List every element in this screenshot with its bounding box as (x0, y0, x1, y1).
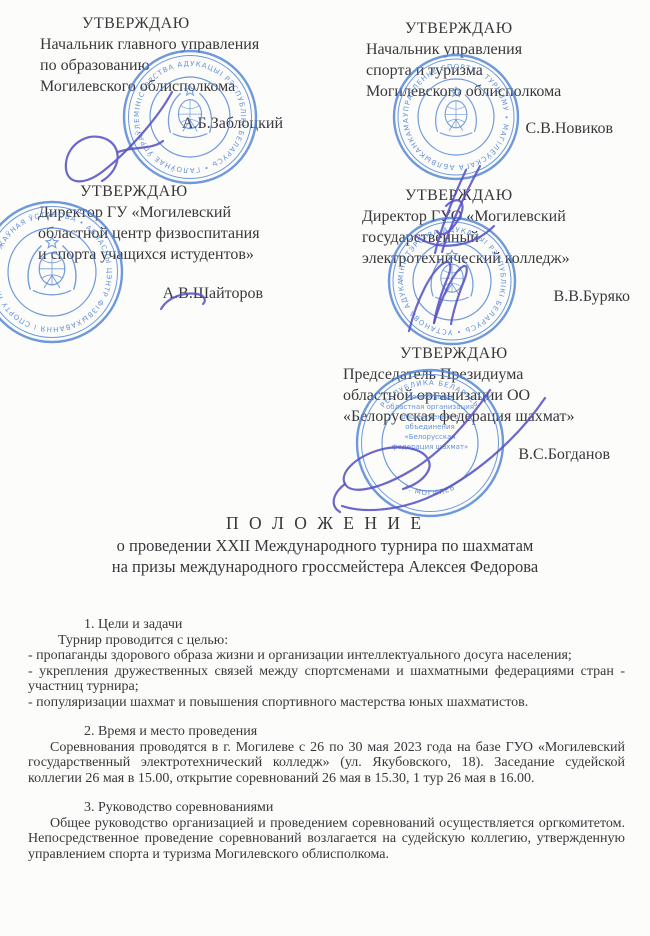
section-1-bullet: - пропаганды здорового образа жизни и ор… (28, 648, 625, 664)
section-1-bullet: - популяризации шахмат и повышения спорт… (28, 695, 625, 711)
section-heading-1: 1. Цели и задачи (28, 617, 625, 633)
section-heading-3: 3. Руководство соревнованиями (28, 800, 625, 816)
section-3-paragraph: Общее руководство организацией и проведе… (28, 816, 625, 863)
signer-name: В.В.Буряко (362, 286, 632, 307)
approval-heading: УТВЕРЖДАЮ (405, 18, 616, 39)
approval-line: Могилевского облисполкома (40, 76, 285, 97)
approval-line: Начальник управления (366, 39, 616, 60)
approval-block-sport-tourism: УТВЕРЖДАЮ Начальник управления спорта и … (366, 18, 616, 139)
signer-name: А.Б.Заблоцкий (40, 113, 285, 134)
approval-heading: УТВЕРЖДАЮ (82, 13, 285, 34)
approval-line: и спорта учащихся истудентов» (38, 244, 308, 265)
approval-line: областной организации ОО (343, 385, 623, 406)
approval-line: спорта и туризма (366, 60, 616, 81)
section-1-intro: Турнир проводится с целью: (28, 633, 625, 649)
approval-block-chess-federation: УТВЕРЖДАЮ Председатель Президиума област… (343, 343, 623, 465)
approval-line: Директор ГУ «Могилевский (38, 202, 308, 223)
approval-line: Могилевского облисполкома (366, 81, 616, 102)
title-block: П О Л О Ж Е Н И Е о проведении XXII Межд… (0, 511, 650, 577)
page-subtitle-2: на призы международного гроссмейстера Ал… (0, 556, 650, 577)
signer-name: А.В.Шайторов (38, 283, 308, 304)
svg-text:г. МОГИЛЕВ: г. МОГИЛЕВ (403, 483, 456, 497)
page-subtitle-1: о проведении XXII Международного турнира… (0, 535, 650, 556)
approval-line: электротехнический колледж» (362, 248, 632, 269)
signer-name: С.В.Новиков (366, 118, 616, 139)
page-title: П О Л О Ж Е Н И Е (0, 511, 650, 535)
approval-block-phys-center: УТВЕРЖДАЮ Директор ГУ «Могилевский облас… (38, 181, 308, 304)
approval-line: «Белорусская федерация шахмат» (343, 406, 623, 427)
approval-line: государственный (362, 227, 632, 248)
approval-heading: УТВЕРЖДАЮ (405, 185, 632, 206)
section-2-paragraph: Соревнования проводятся в г. Могилеве с … (28, 740, 625, 787)
approval-heading: УТВЕРЖДАЮ (400, 343, 623, 364)
approval-heading: УТВЕРЖДАЮ (80, 181, 308, 202)
approval-line: Председатель Президиума (343, 364, 623, 385)
approval-line: по образованию (40, 55, 285, 76)
approval-line: Директор ГУО «Могилевский (362, 206, 632, 227)
approval-line: Начальник главного управления (40, 34, 285, 55)
scanned-document-page: УТВЕРЖДАЮ Начальник главного управления … (0, 0, 650, 936)
section-1-bullet: - укрепления дружественных связей между … (28, 664, 625, 695)
document-body: 1. Цели и задачи Турнир проводится с цел… (28, 617, 625, 862)
section-heading-2: 2. Время и место проведения (28, 724, 625, 740)
approval-block-education: УТВЕРЖДАЮ Начальник главного управления … (40, 13, 285, 134)
approval-line: областной центр физвоспитания (38, 223, 308, 244)
signer-name: В.С.Богданов (343, 444, 623, 465)
approval-block-college: УТВЕРЖДАЮ Директор ГУО «Могилевский госу… (362, 185, 632, 307)
